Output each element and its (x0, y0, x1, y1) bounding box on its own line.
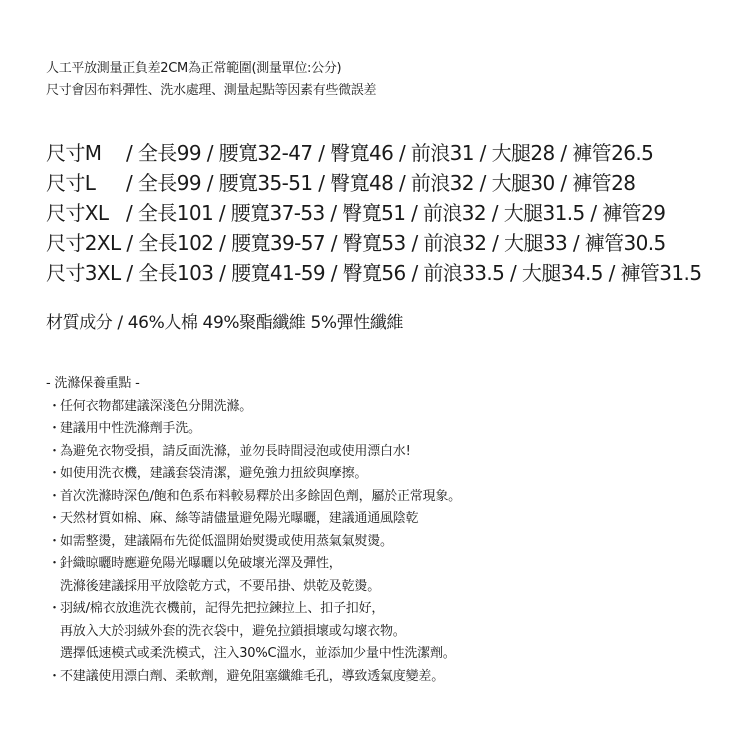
care-item: ・ 如使用洗衣機，建議套袋清潔，避免強力扭絞與摩擦。 (46, 463, 461, 486)
size-specs: / 全長99 / 腰寬32-47 / 臀寬46 / 前浪31 / 大腿28 / … (126, 141, 653, 165)
measurement-note: 人工平放測量正負差2CM為正常範圍(測量單位:公分) (46, 58, 376, 80)
material-composition: 材質成分 / 46%人棉 49%聚酯纖維 5%彈性纖維 (46, 309, 403, 337)
care-item: ・ 羽絨/棉衣放進洗衣機前，記得先把拉鍊拉上、扣子扣好， 再放入大於羽絨外套的洗… (46, 598, 461, 666)
care-text: 為避免衣物受損，請反面洗滌，並勿長時間浸泡或使用漂白水! (60, 441, 461, 464)
size-row-2xl: 尺寸2XL / 全長102 / 腰寬39-57 / 臀寬53 / 前浪32 / … (46, 228, 701, 258)
care-text: 羽絨/棉衣放進洗衣機前，記得先把拉鍊拉上、扣子扣好， (60, 598, 461, 621)
size-row-l: 尺寸L/ 全長99 / 腰寬35-51 / 臀寬48 / 前浪32 / 大腿30… (46, 168, 701, 198)
care-text: 建議用中性洗滌劑手洗。 (60, 418, 461, 441)
care-instructions: - 洗滌保養重點 - ・ 任何衣物都建議深淺色分開洗滌。 ・ 建議用中性洗滌劑手… (46, 373, 461, 688)
care-item: ・ 任何衣物都建議深淺色分開洗滌。 (46, 396, 461, 419)
size-specs: / 全長102 / 腰寬39-57 / 臀寬53 / 前浪32 / 大腿33 /… (126, 231, 665, 255)
size-label: 尺寸XL (46, 198, 126, 228)
bullet-icon: ・ (48, 666, 61, 689)
bullet-icon: ・ (48, 396, 61, 419)
care-title: - 洗滌保養重點 - (46, 373, 461, 396)
bullet-icon: ・ (48, 486, 61, 509)
care-item: ・ 如需整燙，建議隔布先從低溫開始熨燙或使用蒸氣氣熨燙。 (46, 531, 461, 554)
bullet-icon: ・ (48, 463, 61, 486)
care-item: ・ 首次洗滌時深色/飽和色系布料較易釋於出多餘固色劑，屬於正常現象。 (46, 486, 461, 509)
care-text: 任何衣物都建議深淺色分開洗滌。 (60, 396, 461, 419)
size-label: 尺寸L (46, 168, 126, 198)
bullet-icon: ・ (48, 553, 61, 576)
care-text: 如使用洗衣機，建議套袋清潔，避免強力扭絞與摩擦。 (60, 463, 461, 486)
care-item: ・ 建議用中性洗滌劑手洗。 (46, 418, 461, 441)
bullet-icon: ・ (48, 441, 61, 464)
product-info-page: 人工平放測量正負差2CM為正常範圍(測量單位:公分) 尺寸會因布料彈性、洗水處理… (0, 0, 750, 750)
size-label: 尺寸2XL (46, 228, 121, 258)
measurement-note: 尺寸會因布料彈性、洗水處理、測量起點等因素有些微誤差 (46, 80, 376, 102)
size-chart: 尺寸M/ 全長99 / 腰寬32-47 / 臀寬46 / 前浪31 / 大腿28… (46, 138, 701, 288)
care-text: 選擇低速模式或柔洗模式，注入30%C溫水，並添加少量中性洗潔劑。 (60, 643, 461, 666)
care-text: 針織晾曬時應避免陽光曝曬以免破壞光澤及彈性， (60, 553, 461, 576)
size-row-xl: 尺寸XL/ 全長101 / 腰寬37-53 / 臀寬51 / 前浪32 / 大腿… (46, 198, 701, 228)
size-specs: / 全長101 / 腰寬37-53 / 臀寬51 / 前浪32 / 大腿31.5… (126, 201, 665, 225)
care-text: 再放入大於羽絨外套的洗衣袋中，避免拉鎖損壞或勾壞衣物。 (60, 621, 461, 644)
care-item: ・ 為避免衣物受損，請反面洗滌，並勿長時間浸泡或使用漂白水! (46, 441, 461, 464)
care-text: 如需整燙，建議隔布先從低溫開始熨燙或使用蒸氣氣熨燙。 (60, 531, 461, 554)
care-text: 不建議使用漂白劑、柔軟劑，避免阻塞纖維毛孔，導致透氣度變差。 (60, 666, 461, 689)
bullet-icon: ・ (48, 508, 61, 531)
size-label: 尺寸3XL (46, 258, 121, 288)
bullet-icon: ・ (48, 418, 61, 441)
bullet-icon: ・ (48, 531, 61, 554)
size-row-m: 尺寸M/ 全長99 / 腰寬32-47 / 臀寬46 / 前浪31 / 大腿28… (46, 138, 701, 168)
care-item: ・ 針織晾曬時應避免陽光曝曬以免破壞光澤及彈性， 洗滌後建議採用平放陰乾方式，不… (46, 553, 461, 598)
size-specs: / 全長99 / 腰寬35-51 / 臀寬48 / 前浪32 / 大腿30 / … (126, 171, 635, 195)
size-label: 尺寸M (46, 138, 126, 168)
size-row-3xl: 尺寸3XL / 全長103 / 腰寬41-59 / 臀寬56 / 前浪33.5 … (46, 258, 701, 288)
care-text: 天然材質如棉、麻、絲等請儘量避免陽光曝曬，建議通通風陰乾 (60, 508, 461, 531)
care-item: ・ 天然材質如棉、麻、絲等請儘量避免陽光曝曬，建議通通風陰乾 (46, 508, 461, 531)
measurement-notes: 人工平放測量正負差2CM為正常範圍(測量單位:公分) 尺寸會因布料彈性、洗水處理… (46, 58, 376, 102)
care-item: ・ 不建議使用漂白劑、柔軟劑，避免阻塞纖維毛孔，導致透氣度變差。 (46, 666, 461, 689)
care-text: 洗滌後建議採用平放陰乾方式，不要吊掛、烘乾及乾燙。 (60, 576, 461, 599)
care-text: 首次洗滌時深色/飽和色系布料較易釋於出多餘固色劑，屬於正常現象。 (60, 486, 461, 509)
size-specs: / 全長103 / 腰寬41-59 / 臀寬56 / 前浪33.5 / 大腿34… (126, 261, 701, 285)
bullet-icon: ・ (48, 598, 61, 621)
